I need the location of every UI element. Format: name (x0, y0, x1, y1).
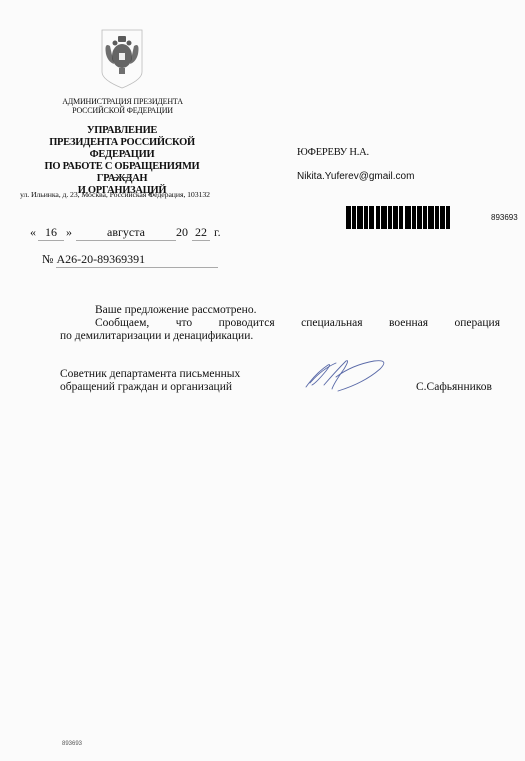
administration-line: АДМИНИСТРАЦИЯ ПРЕЗИДЕНТА (40, 97, 205, 106)
date-year: 22 (192, 225, 210, 241)
footer-number: 893693 (62, 741, 82, 747)
department-line: ПРЕЗИДЕНТА РОССИЙСКОЙ ФЕДЕРАЦИИ (22, 137, 222, 161)
date-close-quote: » (66, 225, 72, 240)
body-line: Ваше предложение рассмотрено. (60, 304, 500, 317)
date-suffix: г. (214, 225, 221, 240)
barcode-number: 893693 (491, 213, 518, 222)
signer-title: Советник департамента письменных обращен… (60, 368, 240, 394)
date-open-quote: « (30, 225, 36, 240)
body-line: Сообщаем, что проводится специальная вое… (60, 317, 500, 330)
date-day: 16 (38, 225, 64, 241)
department-line: УПРАВЛЕНИЕ (22, 125, 222, 137)
divider (114, 177, 132, 178)
department-line: ПО РАБОТЕ С ОБРАЩЕНИЯМИ ГРАЖДАН (22, 161, 222, 185)
recipient-email: Nikita.Yuferev@gmail.com (297, 171, 414, 182)
registration-number: № А26-20-89369391 (42, 252, 218, 268)
department-name: УПРАВЛЕНИЕ ПРЕЗИДЕНТА РОССИЙСКОЙ ФЕДЕРАЦ… (22, 125, 222, 197)
emblem-icon (100, 28, 144, 90)
date-century: 20 (176, 225, 188, 240)
signer-name: С.Сафьянников (416, 381, 492, 393)
registration-value: А26-20-89369391 (56, 252, 218, 268)
recipient-name: ЮФЕРЕВУ Н.А. (297, 147, 369, 158)
body-line: по демилитаризации и денацификации. (60, 330, 500, 343)
document-date: « 16 » августа 20 22 г. (30, 225, 221, 241)
administration-name: АДМИНИСТРАЦИЯ ПРЕЗИДЕНТА РОССИЙСКОЙ ФЕДЕ… (40, 97, 205, 115)
administration-line: РОССИЙСКОЙ ФЕДЕРАЦИИ (40, 106, 205, 115)
barcode (346, 206, 482, 229)
date-month: августа (76, 225, 176, 241)
signer-title-line: Советник департамента письменных (60, 368, 240, 381)
signer-title-line: обращений граждан и организаций (60, 381, 240, 394)
signature-icon (302, 355, 392, 395)
registration-prefix: № (42, 252, 53, 266)
sender-address: ул. Ильинка, д. 23, Москва, Российская Ф… (20, 190, 240, 199)
letter-body: Ваше предложение рассмотрено. Сообщаем, … (60, 304, 500, 343)
